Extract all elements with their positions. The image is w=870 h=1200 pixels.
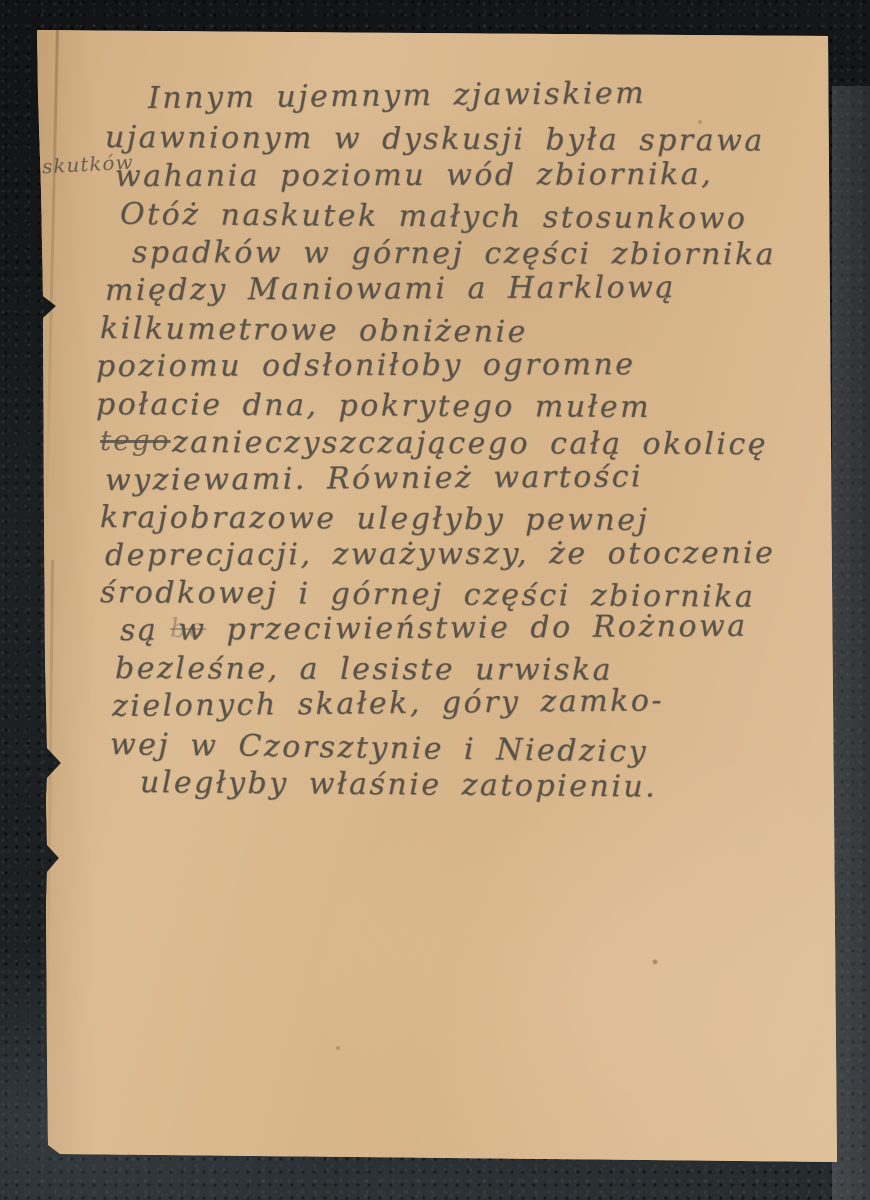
handwritten-line: krajobrazowe uległyby pewnej [100, 499, 649, 540]
handwritten-line: między Maniowami a Harklową [105, 269, 676, 310]
handwritten-line: spadków w górnej części zbiornika [132, 234, 776, 274]
handwritten-line: uległyby właśnie zatopieniu. [140, 764, 658, 807]
handwritten-line: są w przeciwieństwie do Rożnowa [120, 608, 748, 650]
handwritten-line: Innym ujemnym zjawiskiem [148, 75, 647, 118]
struck-word: tego [100, 424, 171, 457]
handwritten-line: wyziewami. Również wartości [105, 458, 643, 500]
scanned-manuscript-view: skutków Innym ujemnym zjawiskiem ujawnio… [0, 0, 870, 1200]
manuscript-page: skutków Innym ujemnym zjawiskiem ujawnio… [0, 0, 870, 1200]
handwritten-line: deprecjacji, zważywszy, że otoczenie [105, 535, 776, 575]
handwritten-line: Otóż naskutek małych stosunkowo [120, 196, 748, 238]
handwritten-line: zielonych skałek, góry zamko- [112, 682, 664, 726]
handwritten-line: kilkumetrowe obniżenie [100, 310, 528, 352]
book-page-edge [832, 86, 870, 1200]
handwritten-line: wahania poziomu wód zbiornika, [115, 156, 713, 196]
paper-crease [45, 28, 59, 498]
handwritten-line: ujawnionym w dyskusji była sprawa [105, 119, 765, 160]
handwritten-line: poziomu odsłoniłoby ogromne [96, 346, 636, 386]
handwritten-line: zanieczyszczającego całą okolicę [172, 424, 768, 464]
handwritten-line: połacie dna, pokrytego mułem [96, 386, 651, 427]
